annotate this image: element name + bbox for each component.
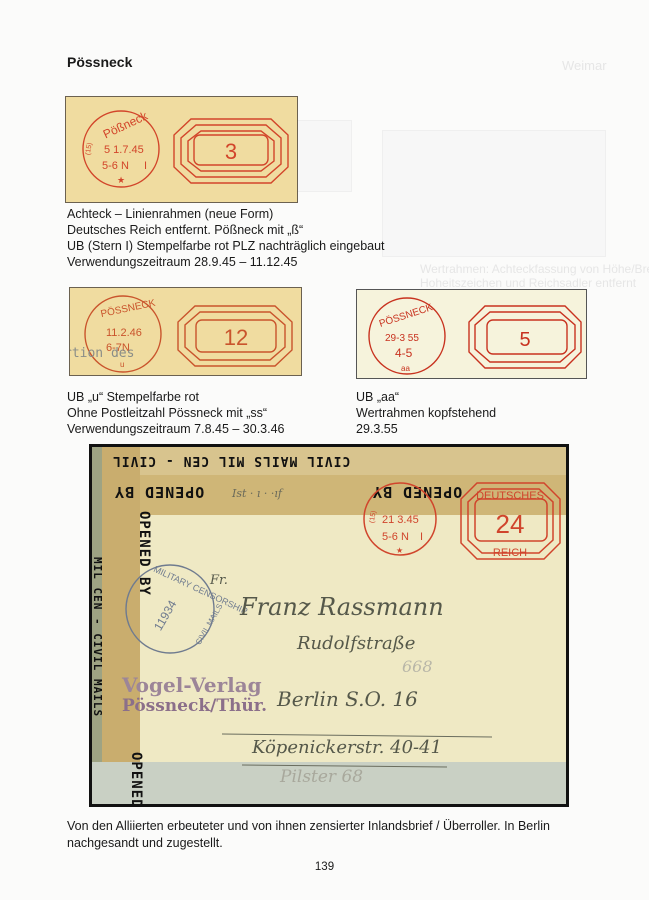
svg-text:★: ★	[117, 175, 125, 185]
meter-stamp-12: PÖSSNECK 11.2.46 6-7N u 12 rtion des	[69, 287, 302, 376]
svg-text:I: I	[144, 160, 147, 172]
svg-text:24: 24	[496, 509, 525, 539]
svg-text:rtion des: rtion des	[70, 346, 134, 361]
svg-text:5-6 N: 5-6 N	[382, 531, 409, 543]
svg-text:I: I	[420, 531, 423, 543]
svg-text:DEUTSCHES: DEUTSCHES	[476, 490, 544, 502]
page-number: 139	[0, 861, 649, 873]
svg-text:REICH: REICH	[493, 547, 527, 559]
sender-stamp-line2: Pössneck/Thür.	[122, 696, 267, 716]
svg-text:u: u	[120, 360, 124, 369]
address-name: Franz Rassmann	[240, 593, 444, 621]
pencil-note: 668	[402, 657, 433, 676]
meter-stamp-5: PÖSSNECK 29-3 55 4-5 aa 5	[356, 289, 587, 379]
svg-text:3: 3	[225, 139, 237, 164]
svg-text:PÖSSNECK: PÖSSNECK	[378, 301, 435, 330]
svg-text:12: 12	[224, 325, 248, 350]
svg-text:11934: 11934	[151, 598, 180, 633]
show-through-line: Wertrahmen: Achteckfassung von Höhe/Brei…	[420, 262, 649, 276]
page-title: Pössneck	[67, 54, 132, 70]
stamp-1-caption: Achteck – Linienrahmen (neue Form) Deuts…	[67, 206, 385, 270]
meter-stamp-drawing: PÖSSNECK 11.2.46 6-7N u 12 rtion des	[70, 288, 302, 376]
svg-text:21 3.45: 21 3.45	[382, 514, 419, 526]
show-through-line: Hoheitszeichen und Reichsadler entfernt	[420, 276, 636, 290]
meter-stamp-3: Pößneck (15) 5 1.7.45 5-6 N I ★ 3	[65, 96, 298, 203]
censored-envelope: CIVIL MAILS MIL CEN - CIVIL OPENED BY OP…	[89, 444, 569, 807]
show-through-image	[382, 130, 606, 257]
svg-text:11.2.46: 11.2.46	[106, 327, 142, 339]
svg-text:5 1.7.45: 5 1.7.45	[104, 144, 144, 156]
pencil-note: Pilster 68	[280, 767, 363, 787]
svg-text:29-3 55: 29-3 55	[385, 333, 419, 344]
svg-text:PÖSSNECK: PÖSSNECK	[100, 297, 157, 320]
meter-stamp-drawing: PÖSSNECK 29-3 55 4-5 aa 5	[357, 290, 587, 379]
svg-text:★: ★	[396, 546, 403, 555]
address-prefix: Fr.	[210, 573, 228, 588]
stamp-3-caption: UB „aa“ Wertrahmen kopfstehend 29.3.55	[356, 389, 496, 437]
address-street: Köpenickerstr. 40-41	[252, 737, 442, 758]
svg-text:aa: aa	[401, 364, 410, 373]
envelope-description: Von den Alliierten erbeuteter und von ih…	[67, 818, 587, 852]
meter-stamp-drawing: Pößneck (15) 5 1.7.45 5-6 N I ★ 3	[66, 97, 298, 203]
sender-stamp-line1: Vogel-Verlag	[122, 673, 262, 697]
envelope-paper: CIVIL MAILS MIL CEN - CIVIL OPENED BY OP…	[92, 447, 566, 804]
svg-text:(15): (15)	[369, 510, 378, 523]
svg-text:(15): (15)	[85, 142, 94, 155]
svg-text:5-6 N: 5-6 N	[102, 160, 129, 172]
svg-text:CIVIL MAILS: CIVIL MAILS	[194, 602, 225, 646]
stamp-2-caption: UB „u“ Stempelfarbe rot Ohne Postleitzah…	[67, 389, 285, 437]
svg-text:5: 5	[519, 329, 530, 351]
address-city: Berlin S.O. 16	[277, 687, 418, 711]
svg-text:4-5: 4-5	[395, 346, 413, 360]
show-through-heading: Weimar	[562, 58, 607, 73]
address-line2: Rudolfstraße	[297, 633, 415, 654]
